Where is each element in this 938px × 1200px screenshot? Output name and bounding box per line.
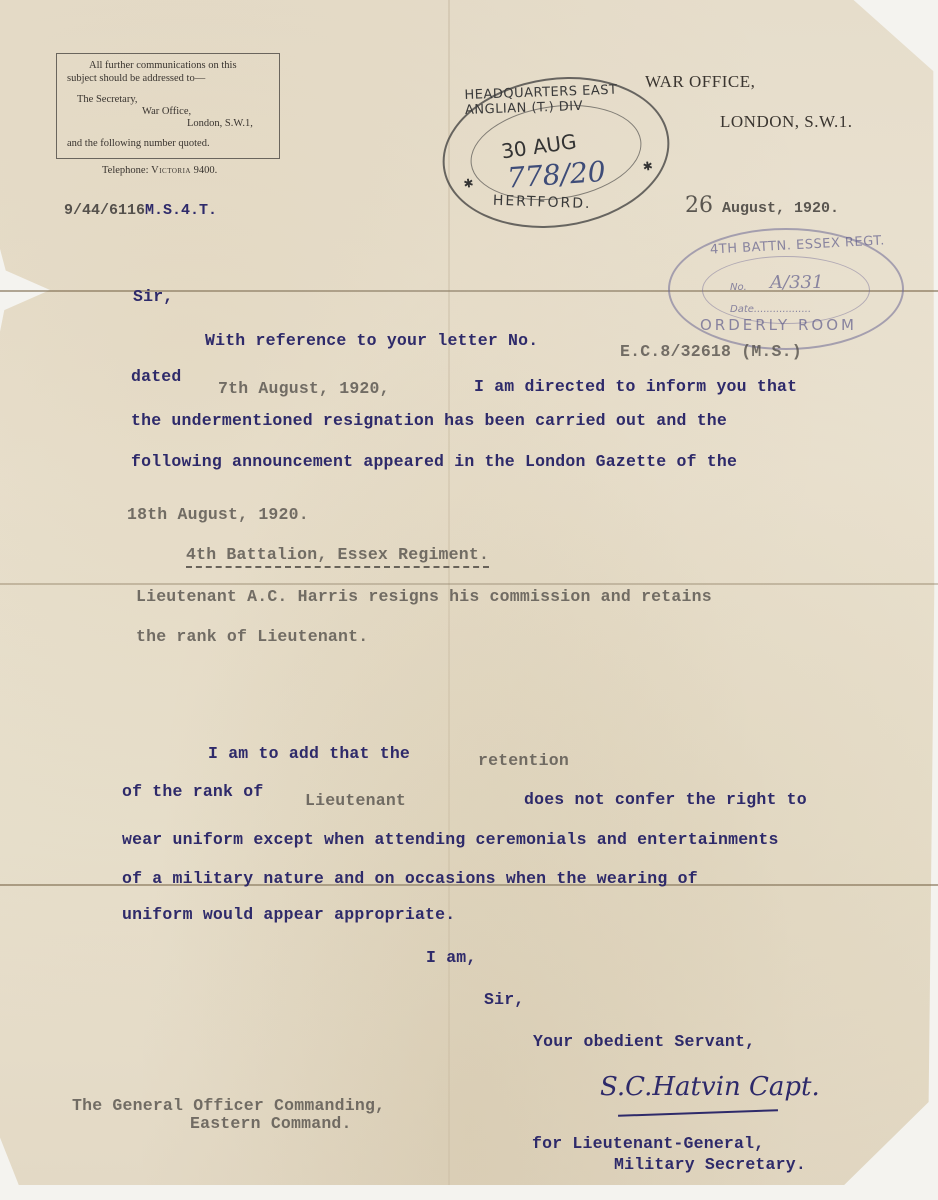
addressee-line: Eastern Command. (190, 1114, 352, 1133)
letter-reference: E.C.8/32618 (M.S.) (620, 342, 802, 361)
body-line: does not confer the right to (524, 790, 807, 809)
department-code: M.S.4.T. (145, 202, 217, 219)
file-number: 9/44/6116 (64, 202, 145, 219)
stamp-date-label: Date.................. (730, 304, 811, 315)
telephone-label: Telephone: (102, 165, 149, 176)
unit-heading: 4th Battalion, Essex Regiment. (186, 545, 489, 564)
body-line: uniform would appear appropriate. (122, 905, 455, 924)
notice-line: and the following number quoted. (67, 136, 210, 151)
signatory-line: Military Secretary. (614, 1155, 806, 1174)
body-line: With reference to your letter No. (205, 331, 538, 350)
notice-line: The Secretary, (77, 92, 138, 107)
closing-line: I am, (426, 948, 477, 967)
telephone-exchange: Victoria (151, 165, 191, 176)
stamp-no-label: No. (730, 282, 747, 293)
date-day: 26 (685, 193, 713, 218)
salutation: Sir, (133, 287, 173, 306)
telephone-number: 9400. (194, 165, 218, 176)
handwritten-signature: S.C.Hatvin Capt. (600, 1072, 820, 1102)
body-line: I am to add that the (208, 744, 410, 763)
body-line: of a military nature and on occasions wh… (122, 869, 698, 888)
body-line: I am directed to inform you that (474, 377, 797, 396)
addressee-line: The General Officer Commanding, (72, 1096, 385, 1115)
reference-number: 9/44/6116M.S.4.T. (64, 202, 217, 219)
battalion-orderly-room-stamp: 4TH BATTN. ESSEX REGT. A/331 No. Date...… (668, 228, 904, 350)
notice-line: London, S.W.1, (187, 116, 253, 131)
body-line: of the rank of (122, 782, 263, 801)
notice-line: subject should be addressed to— (67, 71, 205, 86)
office-address: LONDON, S.W.1. (720, 112, 852, 132)
closing-line: Your obedient Servant, (533, 1032, 755, 1051)
telephone-line: Telephone: Victoria 9400. (102, 165, 217, 176)
stamp-ring-text: 4TH BATTN. ESSEX REGT. (710, 233, 885, 257)
notice-line: War Office, (142, 104, 191, 119)
announcement-line: Lieutenant A.C. Harris resigns his commi… (136, 587, 712, 606)
stamp-ring-text: ORDERLY ROOM (700, 316, 857, 334)
body-line: dated (131, 367, 182, 386)
announcement-line: the rank of Lieutenant. (136, 627, 368, 646)
handwritten-number: A/331 (770, 272, 823, 293)
body-line: the undermentioned resignation has been … (131, 411, 727, 430)
body-line: following announcement appeared in the L… (131, 452, 737, 471)
star-icon: ✱ (463, 176, 475, 192)
star-icon: ✱ (642, 159, 654, 175)
office-name: WAR OFFICE, (645, 72, 755, 92)
closing-line: Sir, (484, 990, 524, 1009)
letter-date: 26 August, 1920. (685, 193, 839, 218)
letter-dated: 7th August, 1920, (218, 379, 390, 398)
retention-word: retention (478, 751, 569, 770)
stamp-location: HERTFORD. (493, 193, 592, 212)
handwritten-number: 778/20 (506, 155, 607, 195)
rank-word: Lieutenant (305, 791, 406, 810)
stamp-ring-text: HEADQUARTERS EAST ANGLIAN (T.) DIV (464, 81, 661, 118)
body-line: wear uniform except when attending cerem… (122, 830, 779, 849)
unit-heading-text: 4th Battalion, Essex Regiment. (186, 545, 489, 568)
correspondence-notice-box: All further communications on this subje… (56, 53, 280, 159)
fold-line (0, 583, 938, 585)
gazette-date: 18th August, 1920. (127, 505, 309, 524)
signatory-line: for Lieutenant-General, (532, 1134, 764, 1153)
date-month-year: August, 1920. (722, 200, 839, 217)
